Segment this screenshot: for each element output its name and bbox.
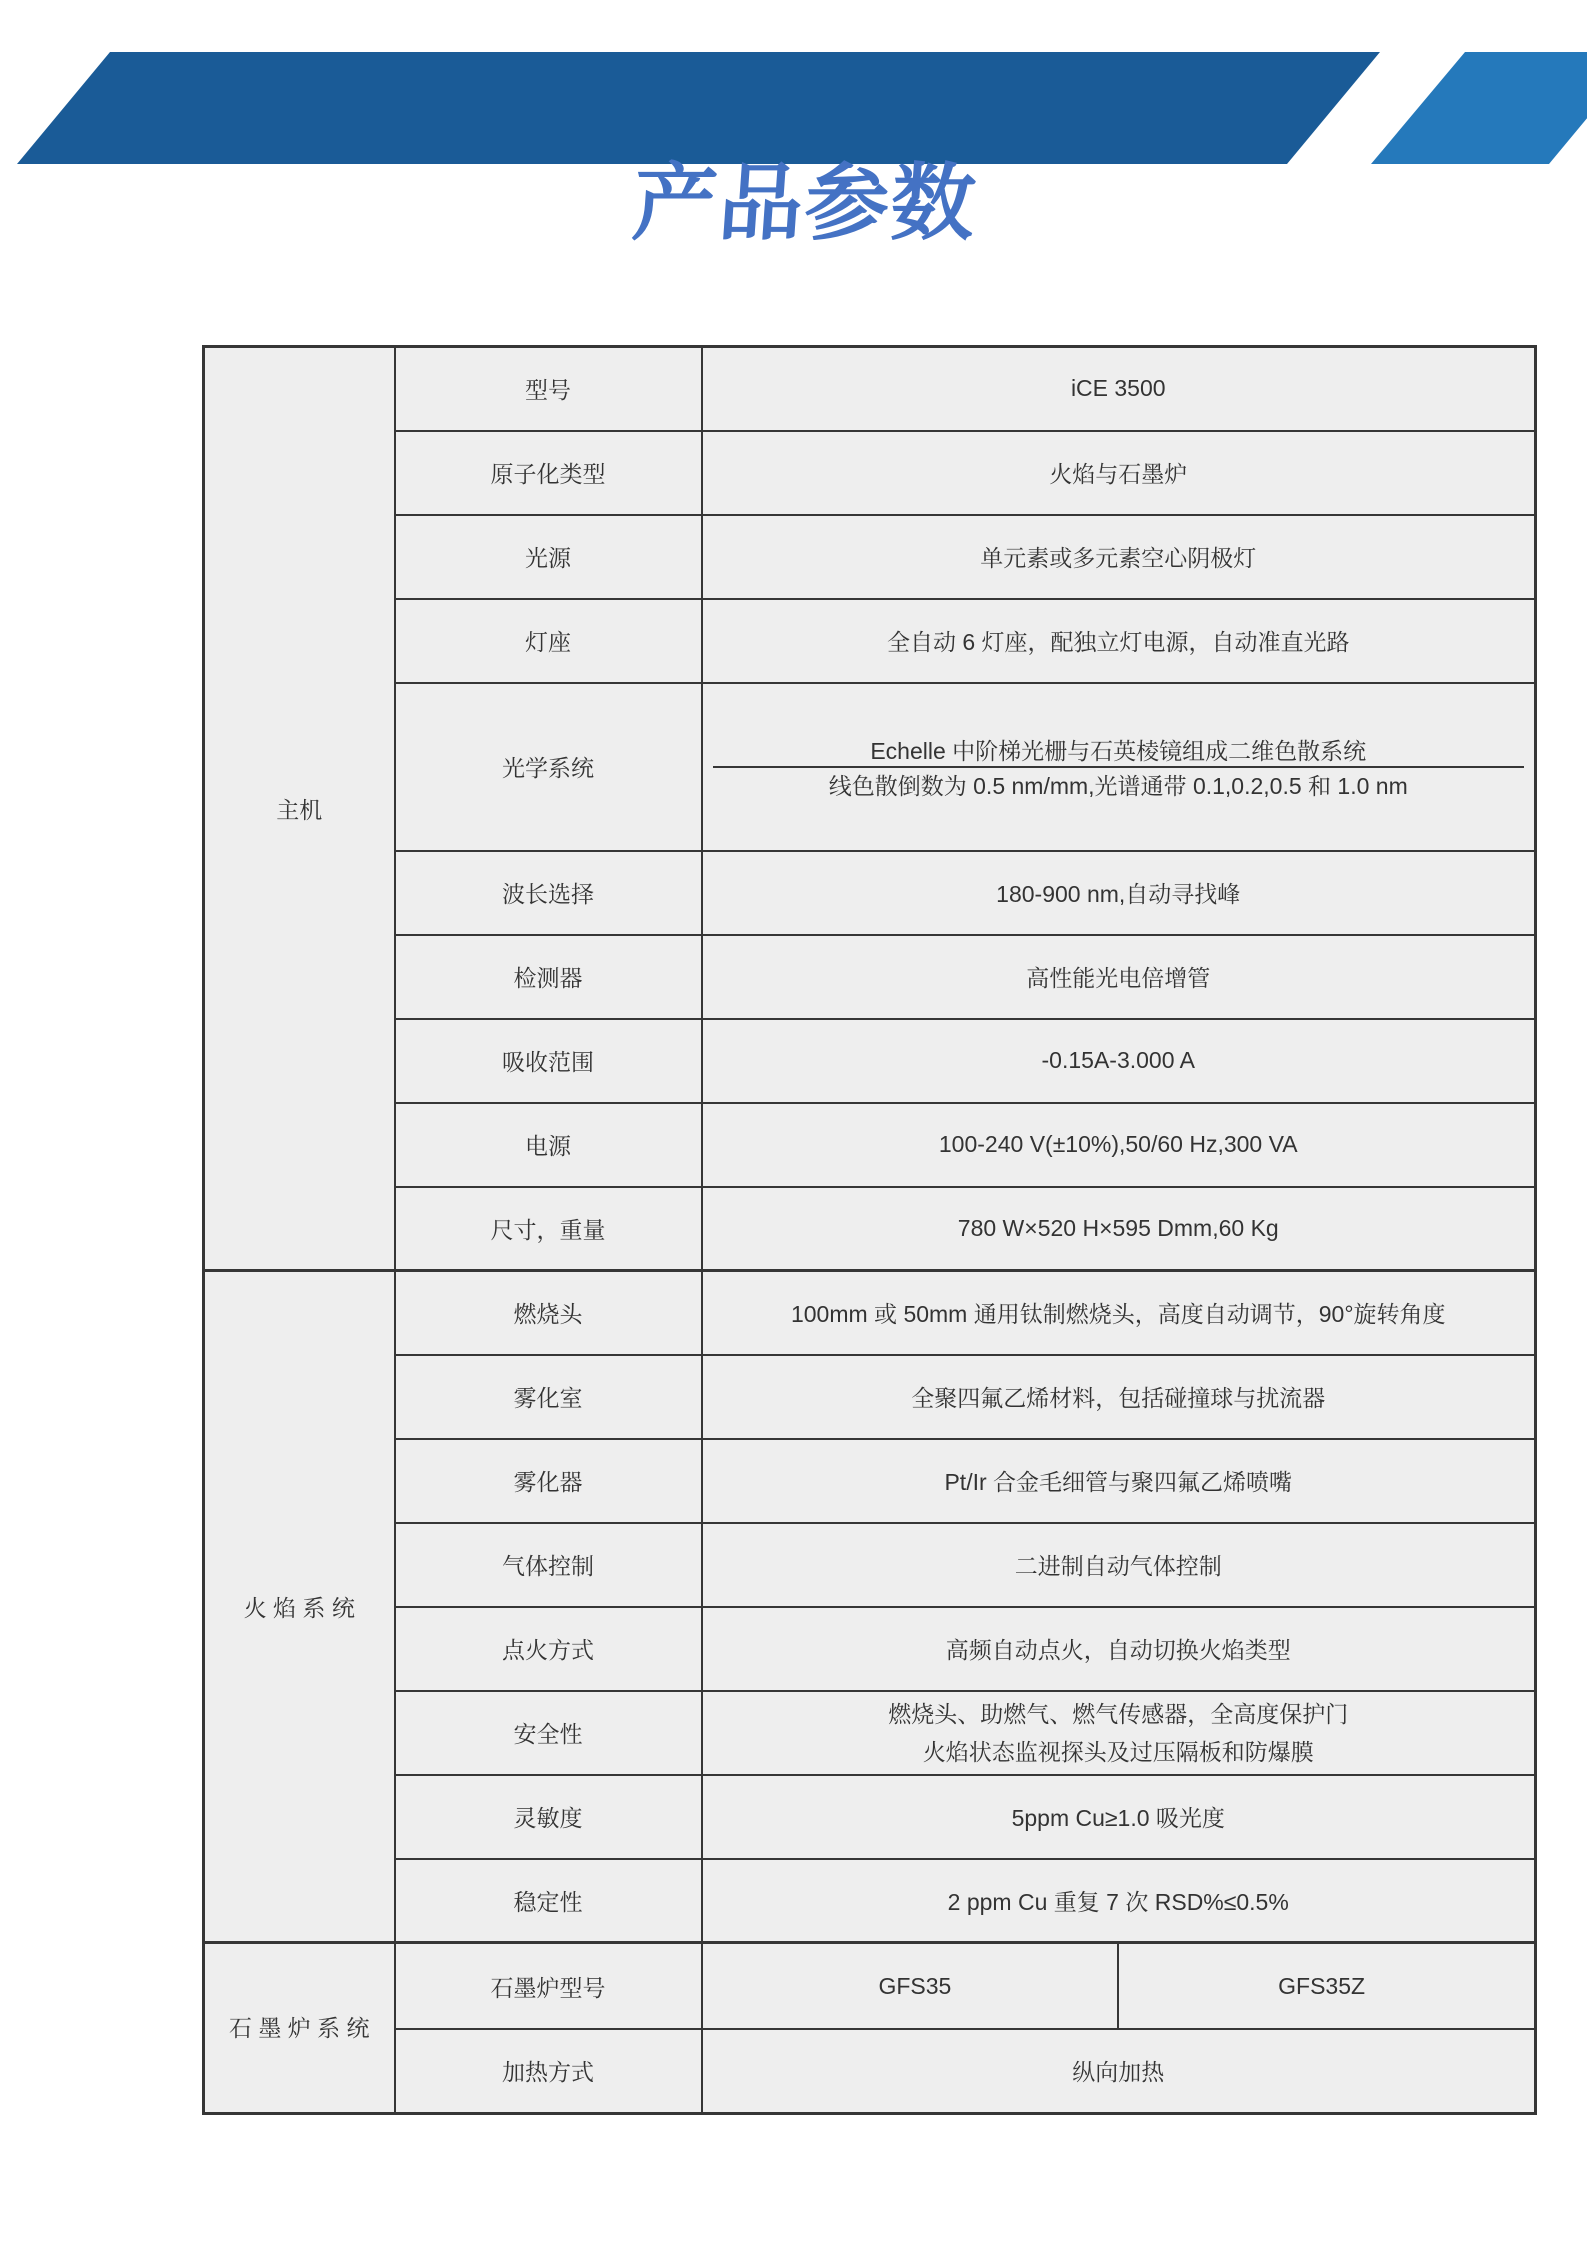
optical-subrow-1: Echelle 中阶梯光栅与石英棱镜组成二维色散系统 xyxy=(713,733,1525,768)
spec-label: 雾化室 xyxy=(395,1355,702,1439)
spec-label: 灵敏度 xyxy=(395,1775,702,1859)
spec-value: 780 W×520 H×595 Dmm,60 Kg xyxy=(702,1187,1536,1271)
spec-value: Pt/Ir 合金毛细管与聚四氟乙烯喷嘴 xyxy=(702,1439,1536,1523)
spec-label: 尺寸，重量 xyxy=(395,1187,702,1271)
spec-value: 5ppm Cu≥1.0 吸光度 xyxy=(702,1775,1536,1859)
spec-label: 电源 xyxy=(395,1103,702,1187)
spec-row-safety: 安全性 燃烧头、助燃气、燃气传感器，全高度保护门 火焰状态监视探头及过压隔板和防… xyxy=(204,1691,1536,1775)
spec-row: 雾化器 Pt/Ir 合金毛细管与聚四氟乙烯喷嘴 xyxy=(204,1439,1536,1523)
spec-value: 100-240 V(±10%),50/60 Hz,300 VA xyxy=(702,1103,1536,1187)
spec-value: 2 ppm Cu 重复 7 次 RSD%≤0.5% xyxy=(702,1859,1536,1943)
spec-row: 稳定性 2 ppm Cu 重复 7 次 RSD%≤0.5% xyxy=(204,1859,1536,1943)
spec-value: 100mm 或 50mm 通用钛制燃烧头，高度自动调节，90°旋转角度 xyxy=(702,1271,1536,1355)
spec-row: 原子化类型 火焰与石墨炉 xyxy=(204,431,1536,515)
category-cell-flame-system: 火 焰 系 统 xyxy=(204,1271,395,1943)
spec-label: 波长选择 xyxy=(395,851,702,935)
spec-row: 雾化室 全聚四氟乙烯材料，包括碰撞球与扰流器 xyxy=(204,1355,1536,1439)
spec-label: 雾化器 xyxy=(395,1439,702,1523)
spec-row: 吸收范围 -0.15A-3.000 A xyxy=(204,1019,1536,1103)
spec-row: 灵敏度 5ppm Cu≥1.0 吸光度 xyxy=(204,1775,1536,1859)
spec-label: 型号 xyxy=(395,347,702,431)
spec-value: 180-900 nm,自动寻找峰 xyxy=(702,851,1536,935)
furnace-model-right: GFS35Z xyxy=(1117,1944,1524,2028)
spec-value: 全聚四氟乙烯材料，包括碰撞球与扰流器 xyxy=(702,1355,1536,1439)
spec-value: 全自动 6 灯座，配独立灯电源，自动准直光路 xyxy=(702,599,1536,683)
spec-row: 气体控制 二进制自动气体控制 xyxy=(204,1523,1536,1607)
spec-row: 灯座 全自动 6 灯座，配独立灯电源，自动准直光路 xyxy=(204,599,1536,683)
spec-row: 主机 型号 iCE 3500 xyxy=(204,347,1536,431)
spec-label: 加热方式 xyxy=(395,2029,702,2113)
page-title-wrap: 产品参数 xyxy=(0,156,1587,250)
spec-value: 单元素或多元素空心阴极灯 xyxy=(702,515,1536,599)
spec-label: 检测器 xyxy=(395,935,702,1019)
category-cell-graphite-furnace-system: 石 墨 炉 系 统 xyxy=(204,1943,395,2114)
spec-row: 电源 100-240 V(±10%),50/60 Hz,300 VA xyxy=(204,1103,1536,1187)
spec-row: 波长选择 180-900 nm,自动寻找峰 xyxy=(204,851,1536,935)
spec-row: 加热方式 纵向加热 xyxy=(204,2029,1536,2113)
spec-row-optical-system: 光学系统 Echelle 中阶梯光栅与石英棱镜组成二维色散系统 线色散倒数为 0… xyxy=(204,683,1536,851)
spec-value: -0.15A-3.000 A xyxy=(702,1019,1536,1103)
banner-dark-parallelogram xyxy=(0,52,1587,164)
spec-value-split-rows: Echelle 中阶梯光栅与石英棱镜组成二维色散系统 线色散倒数为 0.5 nm… xyxy=(702,683,1536,851)
spec-row-furnace-model: 石 墨 炉 系 统 石墨炉型号 GFS35 GFS35Z xyxy=(204,1943,1536,2030)
spec-label: 光学系统 xyxy=(395,683,702,851)
optical-subrow-2: 线色散倒数为 0.5 nm/mm,光谱通带 0.1,0.2,0.5 和 1.0 … xyxy=(713,768,1525,801)
spec-label: 吸收范围 xyxy=(395,1019,702,1103)
spec-label: 燃烧头 xyxy=(395,1271,702,1355)
spec-label: 安全性 xyxy=(395,1691,702,1775)
spec-label: 点火方式 xyxy=(395,1607,702,1691)
spec-value: 燃烧头、助燃气、燃气传感器，全高度保护门 火焰状态监视探头及过压隔板和防爆膜 xyxy=(702,1691,1536,1775)
category-label: 石 墨 炉 系 统 xyxy=(224,2005,374,2051)
furnace-model-left: GFS35 xyxy=(713,1944,1118,2028)
spec-row: 火 焰 系 统 燃烧头 100mm 或 50mm 通用钛制燃烧头，高度自动调节，… xyxy=(204,1271,1536,1355)
spec-label: 原子化类型 xyxy=(395,431,702,515)
page-title: 产品参数 xyxy=(630,156,981,250)
spec-value: iCE 3500 xyxy=(702,347,1536,431)
spec-value: 火焰与石墨炉 xyxy=(702,431,1536,515)
spec-label: 灯座 xyxy=(395,599,702,683)
spec-label: 气体控制 xyxy=(395,1523,702,1607)
spec-row: 检测器 高性能光电倍增管 xyxy=(204,935,1536,1019)
spec-row: 点火方式 高频自动点火，自动切换火焰类型 xyxy=(204,1607,1536,1691)
header-banner xyxy=(0,52,1587,164)
safety-line-2: 火焰状态监视探头及过压隔板和防爆膜 xyxy=(713,1733,1525,1771)
category-cell-main-unit: 主机 xyxy=(204,347,395,1271)
spec-row: 光源 单元素或多元素空心阴极灯 xyxy=(204,515,1536,599)
spec-label: 石墨炉型号 xyxy=(395,1943,702,2030)
spec-value: 纵向加热 xyxy=(702,2029,1536,2113)
spec-label: 光源 xyxy=(395,515,702,599)
safety-line-1: 燃烧头、助燃气、燃气传感器，全高度保护门 xyxy=(713,1695,1525,1733)
spec-value: 二进制自动气体控制 xyxy=(702,1523,1536,1607)
spec-label: 稳定性 xyxy=(395,1859,702,1943)
spec-table: 主机 型号 iCE 3500 原子化类型 火焰与石墨炉 光源 单元素或多元素空心… xyxy=(202,345,1537,2115)
spec-value: 高性能光电倍增管 xyxy=(702,935,1536,1019)
spec-value-split-columns: GFS35 GFS35Z xyxy=(702,1943,1536,2030)
spec-value: 高频自动点火，自动切换火焰类型 xyxy=(702,1607,1536,1691)
spec-row: 尺寸，重量 780 W×520 H×595 Dmm,60 Kg xyxy=(204,1187,1536,1271)
